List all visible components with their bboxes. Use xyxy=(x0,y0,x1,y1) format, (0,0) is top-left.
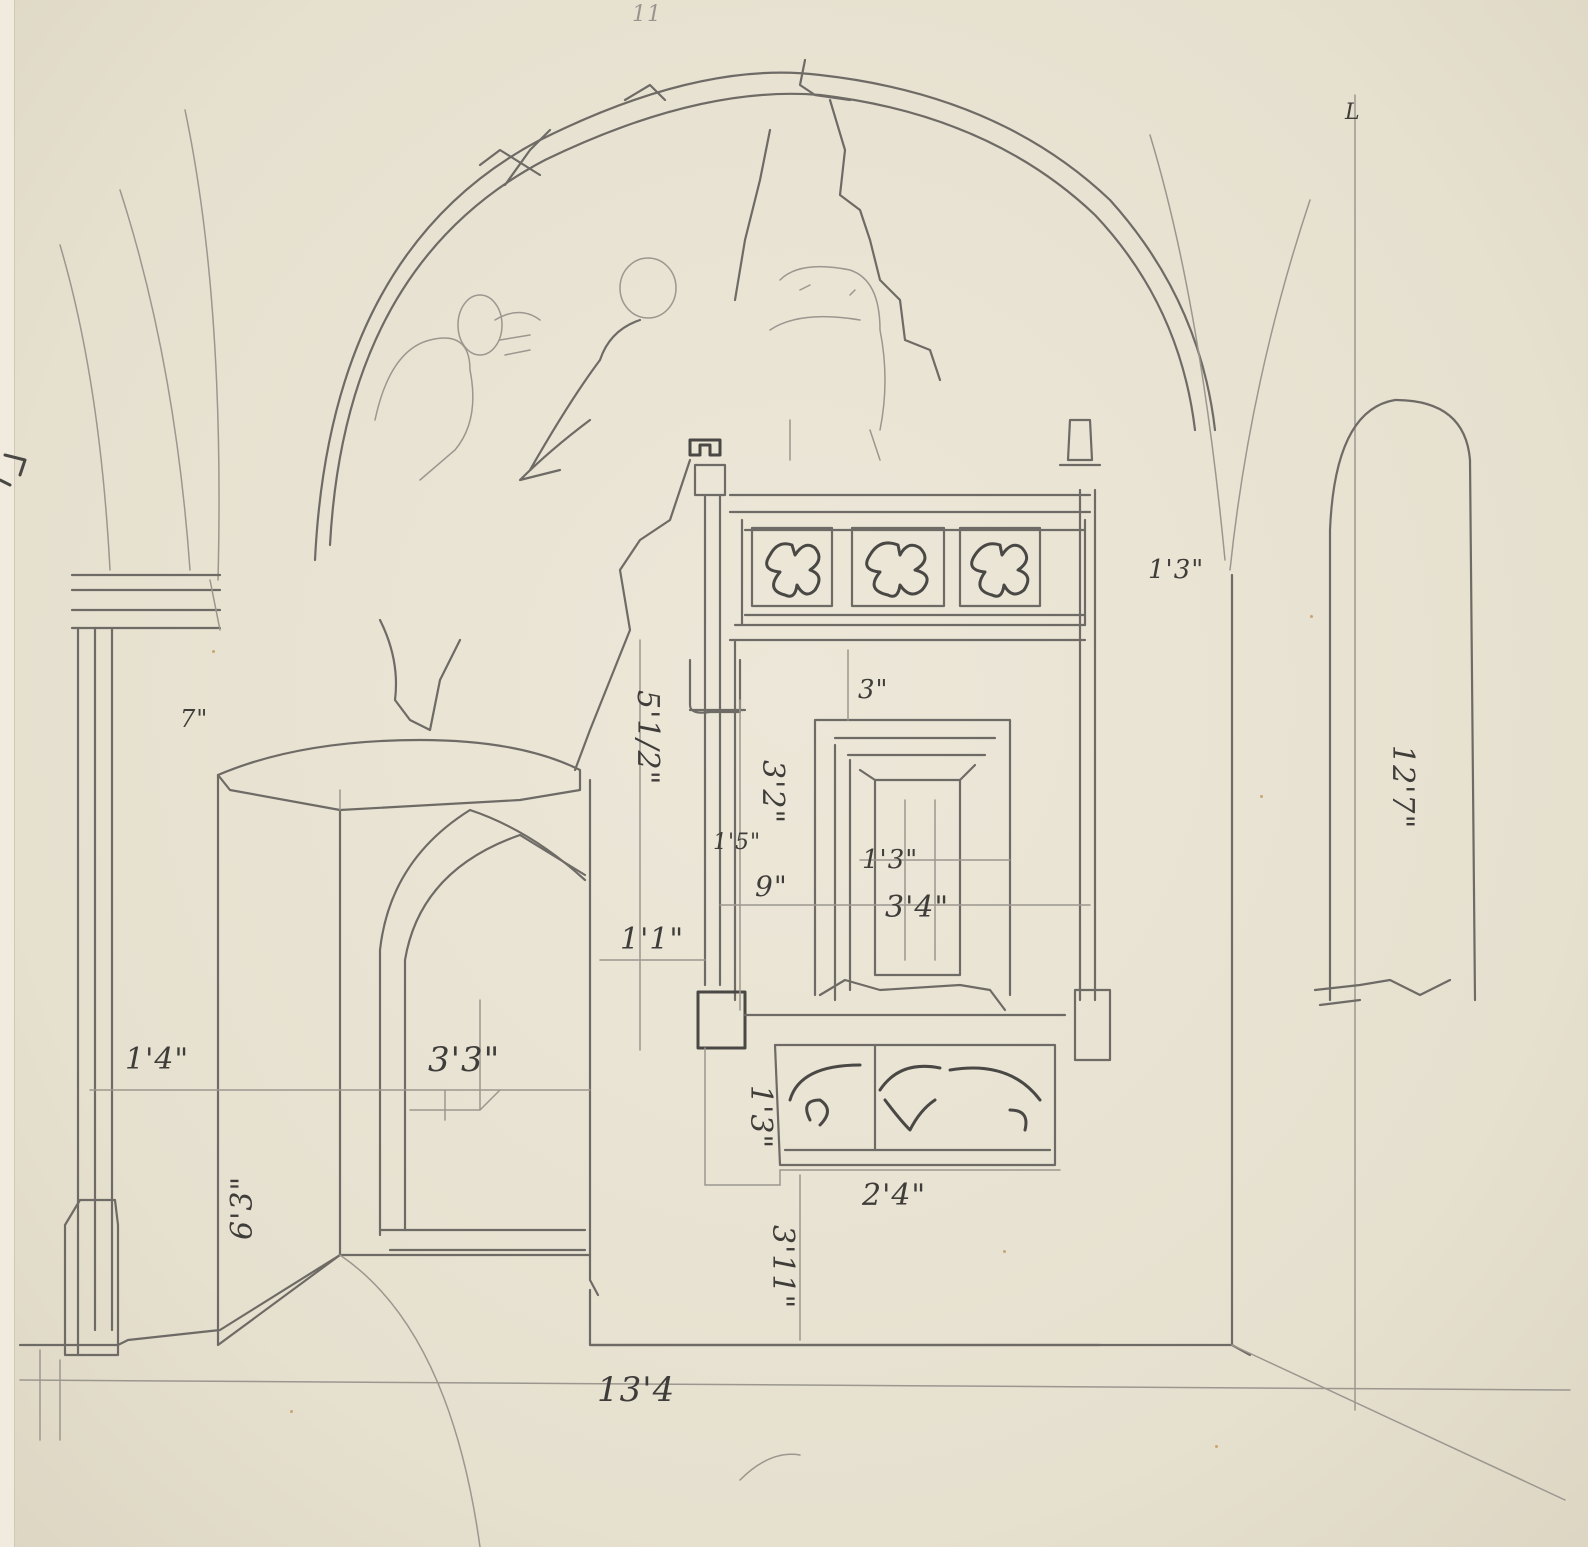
right-lancet-window xyxy=(1315,400,1475,1005)
paper-speck xyxy=(1260,795,1263,798)
annotation-niche-height: 5'1/2" xyxy=(630,690,665,785)
annotation-niche-top: 3" xyxy=(858,675,889,705)
annotation-window-width: 1'3" xyxy=(862,845,918,875)
quatrefoil-frieze xyxy=(752,528,1040,606)
annotation-niche-inner-height: 3'2" xyxy=(755,760,790,824)
annotation-pier-width: 1'4" xyxy=(125,1042,189,1077)
paper-speck xyxy=(1003,1250,1006,1253)
annotation-door-height: 6'3" xyxy=(225,1176,260,1240)
annotation-pier-gap: 1'3" xyxy=(1148,555,1204,585)
annotation-corbel-height: 1'3" xyxy=(743,1085,778,1149)
door-block xyxy=(218,740,598,1345)
annotation-arch-left: 7" xyxy=(180,705,208,733)
annotation-right-tick: L xyxy=(1345,100,1361,125)
annotation-niche-offset: 1'1" xyxy=(620,922,684,957)
paper-speck xyxy=(212,650,215,653)
paper-speck xyxy=(1310,615,1313,618)
annotation-overall-width: 13'4 xyxy=(597,1370,675,1410)
annotation-top-mark: 11 xyxy=(632,2,662,27)
paper-speck xyxy=(290,1410,293,1413)
ink-mark xyxy=(0,455,25,485)
sketch-paper: 11 L 1'3" 7" 5'1/2" 3" 3'2" 1'5" 1'3" 9"… xyxy=(0,0,1588,1547)
paper-speck xyxy=(1215,1445,1218,1448)
stray-mark xyxy=(740,1454,800,1480)
canopied-niche xyxy=(690,420,1110,1060)
main-arch xyxy=(315,60,1215,560)
annotation-window-height: 3'4" xyxy=(885,890,949,925)
annotation-shaft: 1'5" xyxy=(713,830,761,855)
annotation-right-window-height: 12'7" xyxy=(1385,745,1420,829)
left-vault-ribs xyxy=(60,110,219,580)
right-vault xyxy=(1150,95,1355,1410)
annotation-sill-height: 3'11" xyxy=(765,1225,800,1309)
annotation-window-left: 9" xyxy=(755,870,788,903)
annotation-corbel-width: 2'4" xyxy=(862,1178,926,1213)
tympanum-figures xyxy=(375,258,885,480)
left-pier xyxy=(65,575,220,1355)
annotation-door-width: 3'3" xyxy=(428,1040,500,1080)
architectural-sketch xyxy=(0,0,1588,1547)
